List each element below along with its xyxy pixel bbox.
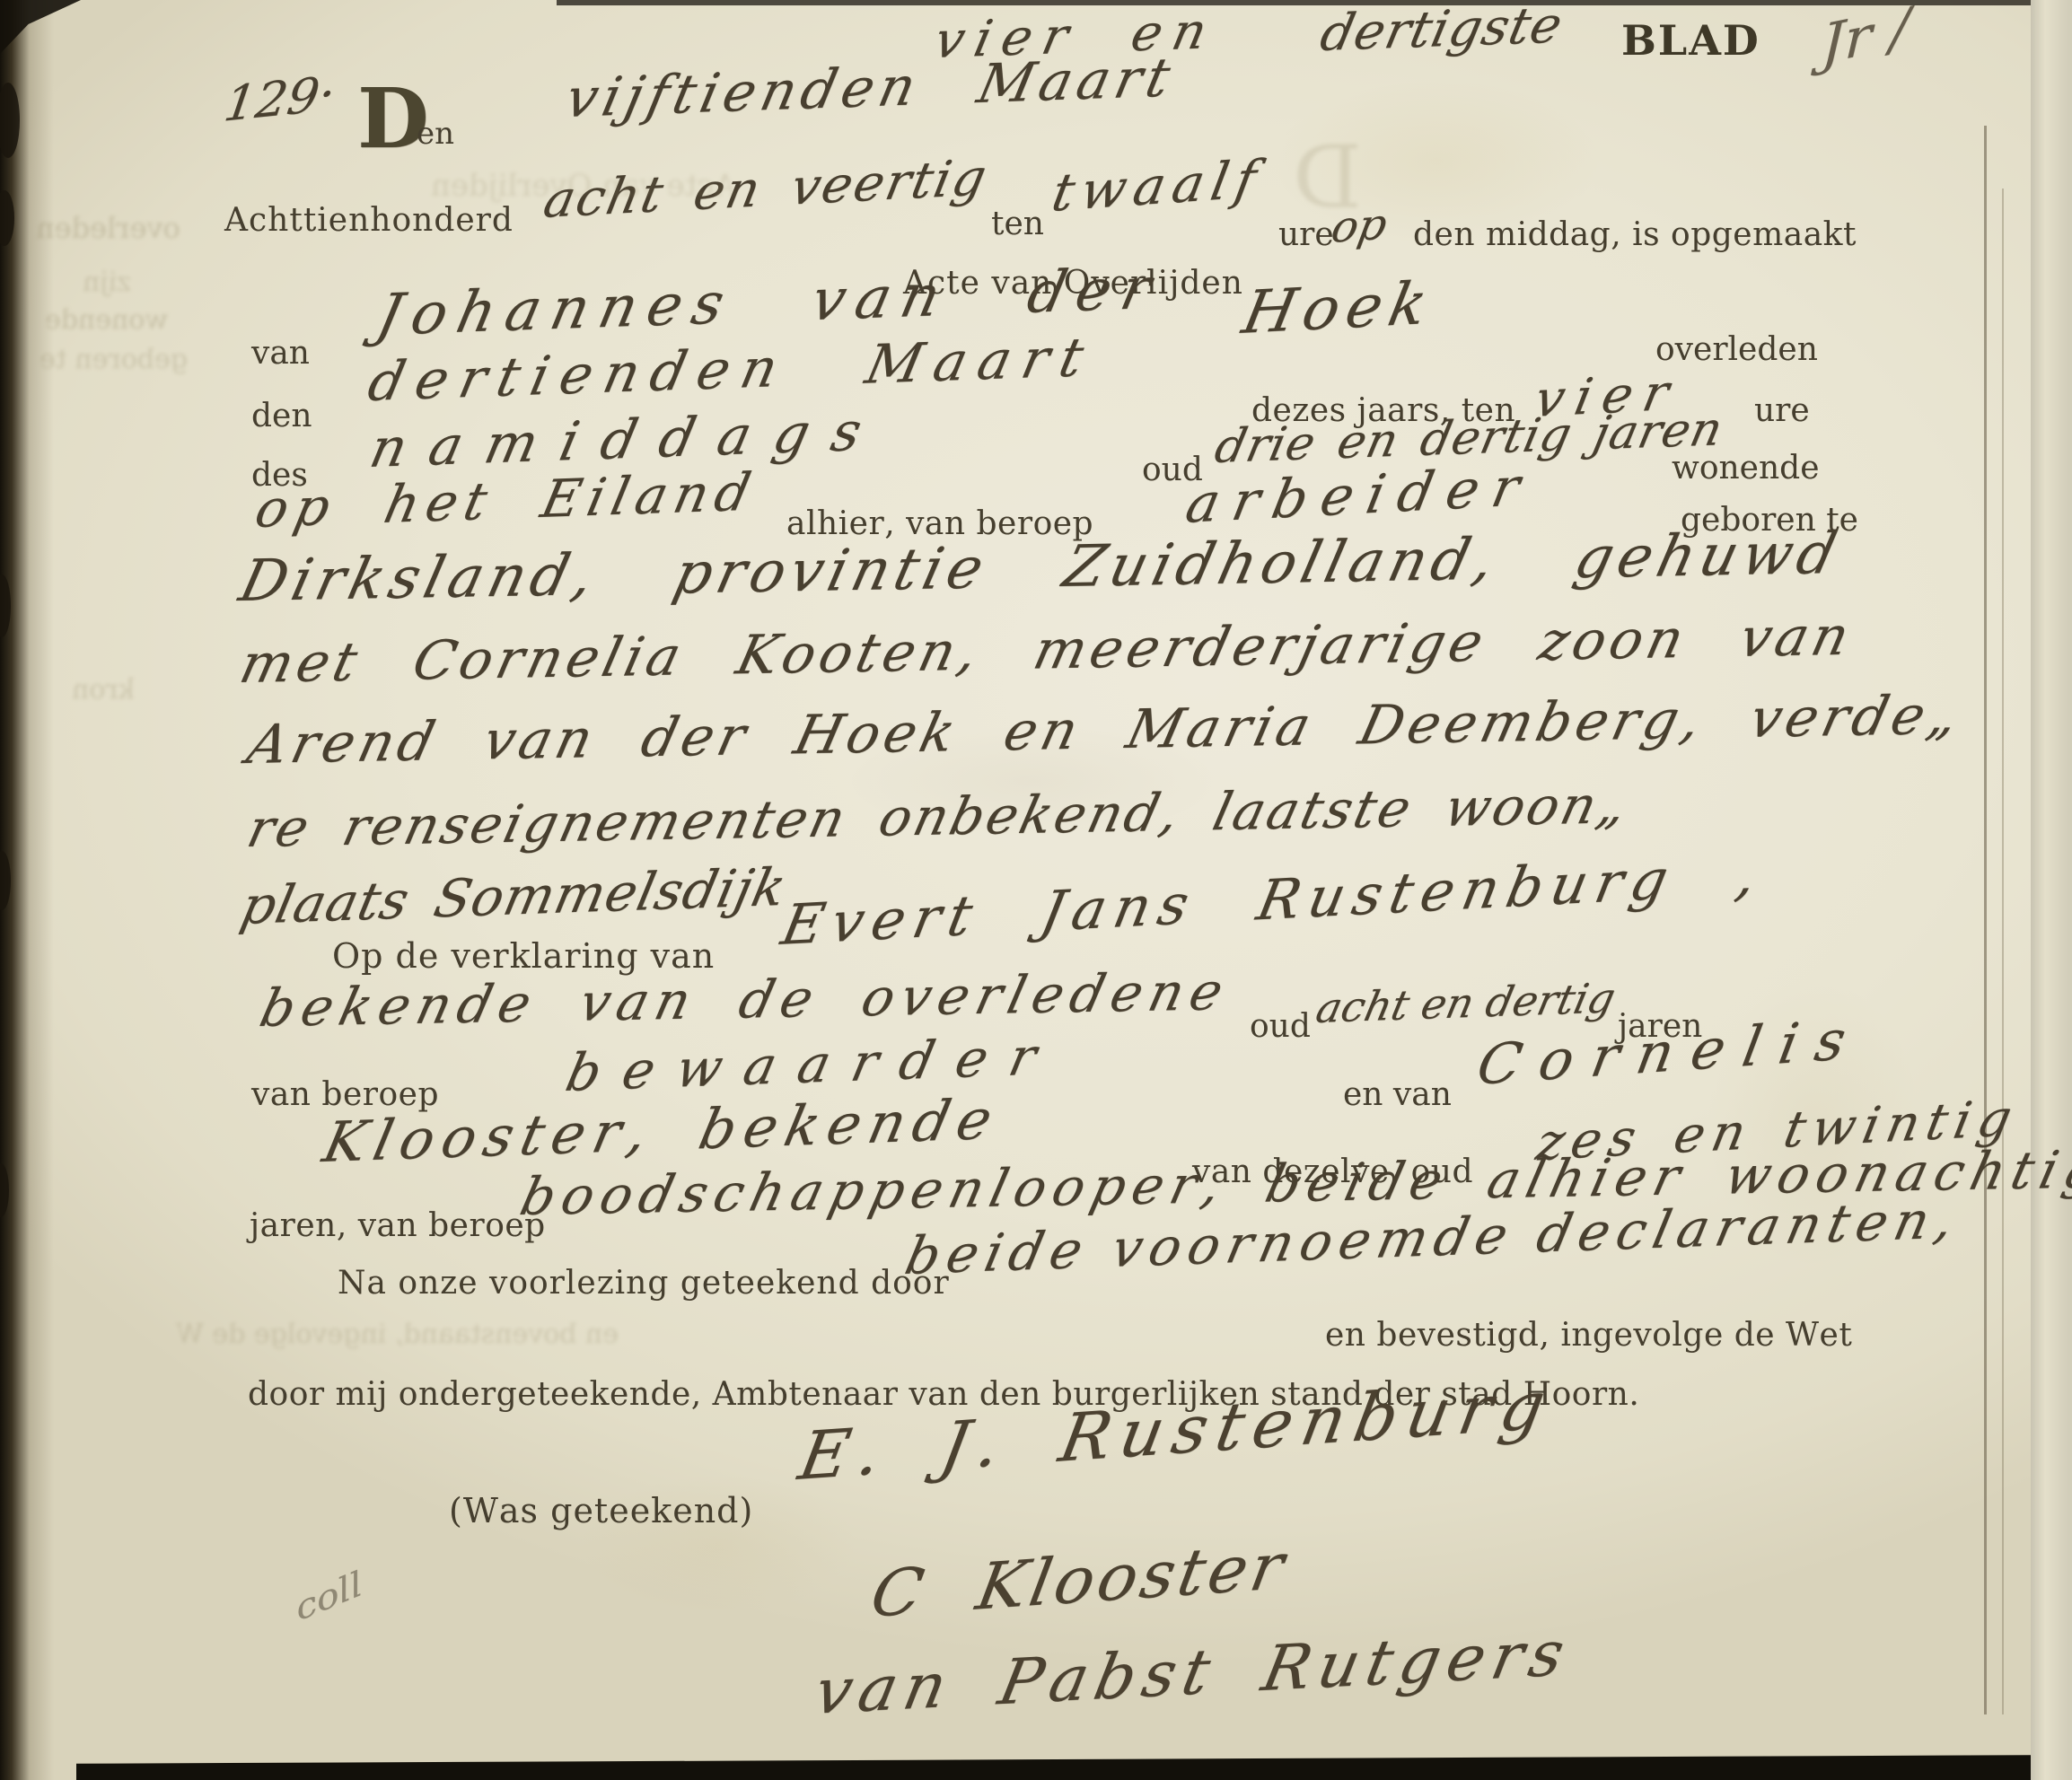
print-jaren-van-beroep: jaren, van beroep [250, 1210, 546, 1242]
registrar-paraph: Jr ∕ [1821, 0, 1910, 72]
bleedthrough-acte: Acte van Overlijden [431, 171, 736, 201]
print-was-geteekend: (Was geteekend) [449, 1494, 753, 1528]
dropcap-en: en [417, 118, 454, 149]
folio-words-part2: dertigste [1316, 1, 1567, 59]
bleedthrough-wonende: wonende [45, 307, 168, 334]
scan-edge-top [557, 0, 2072, 5]
signature-klooster: C Klooster [866, 1533, 1292, 1627]
bleedthrough-zijn: zijn [83, 269, 131, 296]
bleedthrough-geboren-te: geboren te [40, 346, 188, 373]
print-en-van: en van [1343, 1079, 1452, 1111]
declarant1-relation-hand: bekende van de overledene [256, 965, 1235, 1034]
deceased-name-part2: Hoek [1238, 274, 1439, 343]
occupation-hand: arbeider [1181, 460, 1537, 531]
birthplace-hand: Dirksland, provintie Zuidholland, gehuwd [234, 525, 1847, 610]
bleedthrough-ingevolge: en bovenstaand, ingevolge de W [176, 1321, 619, 1348]
registration-day-hand: vijftienden Maart [561, 51, 1180, 126]
print-ten: ten [991, 208, 1044, 241]
print-ure2: ure [1754, 395, 1810, 427]
remarks-hand: re renseignementen onbekend, laatste woo… [243, 778, 1635, 855]
print-achttienhonderd: Achttienhonderd [224, 205, 514, 237]
spouse-hand: met Cornelia Kooten, meerderjarige zoon … [235, 609, 1858, 691]
print-oud2: oud [1250, 1011, 1311, 1043]
bleedthrough-kron: kron [72, 677, 135, 704]
residence-hand: op het Eiland [251, 466, 762, 535]
declarant1-name-hand: Evert Jans Rustenburg , [777, 846, 1769, 952]
act-number: 129· [221, 69, 338, 128]
print-wonende: wonende [1672, 452, 1820, 485]
print-den2: den [251, 400, 312, 433]
declarant1-age-hand: acht en dertig [1313, 978, 1619, 1029]
collation-mark: coll [293, 1567, 365, 1627]
last-residence-hand: plaats Sommelsdijk [237, 861, 792, 932]
parents-hand: Arend van der Hoek en Maria Deemberg, ve… [242, 688, 1967, 772]
next-page-margin [2031, 0, 2072, 1780]
death-record-page: vier endertigsteBLADJr ∕129·Denvijftiend… [0, 0, 2072, 1780]
page-edge-line [2002, 189, 2004, 1714]
registration-hour-hand: twaalf [1049, 153, 1268, 219]
signature-registrar: van Pabst Rutgers [810, 1622, 1576, 1723]
print-en-bevestigd: en bevestigd, ingevolge de Wet [1325, 1320, 1852, 1352]
bleedthrough-dropcap: D [1293, 135, 1362, 221]
blad-label: BLAD [1621, 20, 1760, 61]
print-den-middag: den middag, is opgemaakt [1413, 219, 1857, 251]
print-op-de-verklaring-van: Op de verklaring van [332, 939, 715, 973]
scan-edge-bottom [76, 1749, 2072, 1780]
bleedthrough-overleden: overleden [36, 214, 180, 242]
print-na-onze-voorlezing: Na onze voorlezing geteekend door [338, 1267, 950, 1300]
print-van: van [251, 338, 310, 370]
page-edge-line [1984, 126, 1987, 1714]
print-overleden: overleden [1655, 334, 1818, 366]
